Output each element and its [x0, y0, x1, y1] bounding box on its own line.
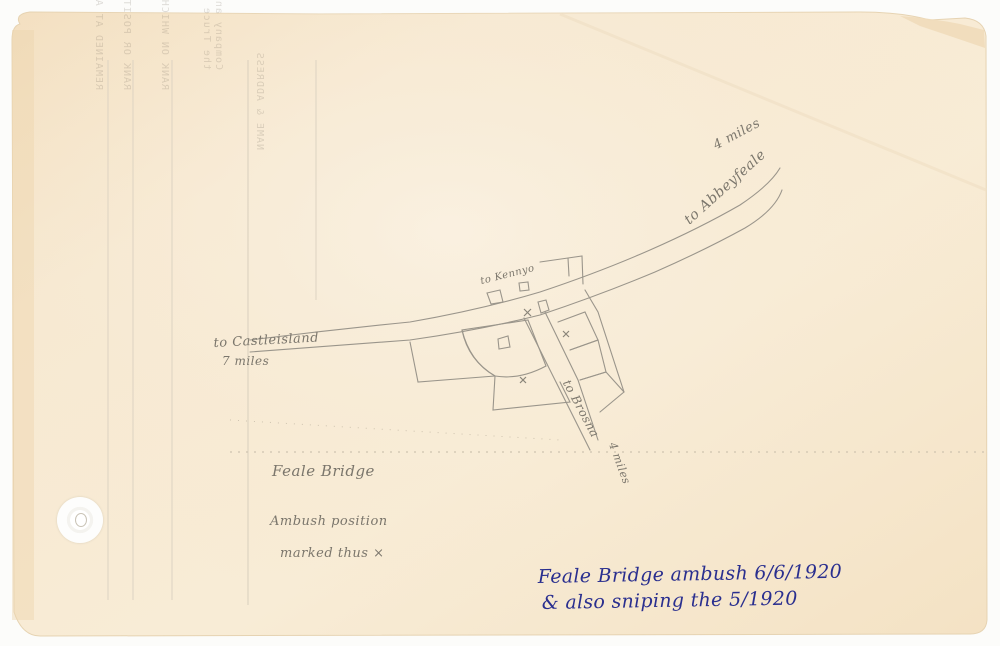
- show-through-text-3: RANK ON WHICH CLAIMED ON: [159, 0, 170, 90]
- show-through-text-1: REMAINED AT AREA: [93, 0, 104, 90]
- paper-background: [0, 0, 1000, 646]
- scanned-document: REMAINED AT AREA RANK OR POSITION RANK O…: [0, 0, 1000, 646]
- punch-hole: [57, 497, 103, 543]
- show-through-text-6: NAME & ADDRESS: [254, 52, 265, 150]
- castleisland-distance-label: 7 miles: [222, 354, 269, 368]
- ink-annotation-line-2: & also sniping the 5/1920: [542, 588, 798, 614]
- legend-line-2: marked thus ×: [280, 546, 384, 561]
- feale-bridge-label: Feale Bridge: [272, 462, 375, 480]
- show-through-text-5: Company and area unit as at the time of: [213, 0, 224, 70]
- legend-line-1: Ambush position: [270, 514, 388, 529]
- show-through-text-2: RANK OR POSITION: [121, 0, 132, 90]
- punch-hole-center: [75, 513, 87, 527]
- paper-sheet: [0, 0, 1000, 646]
- show-through-text-4: the Truce was declared the present day: [201, 0, 212, 70]
